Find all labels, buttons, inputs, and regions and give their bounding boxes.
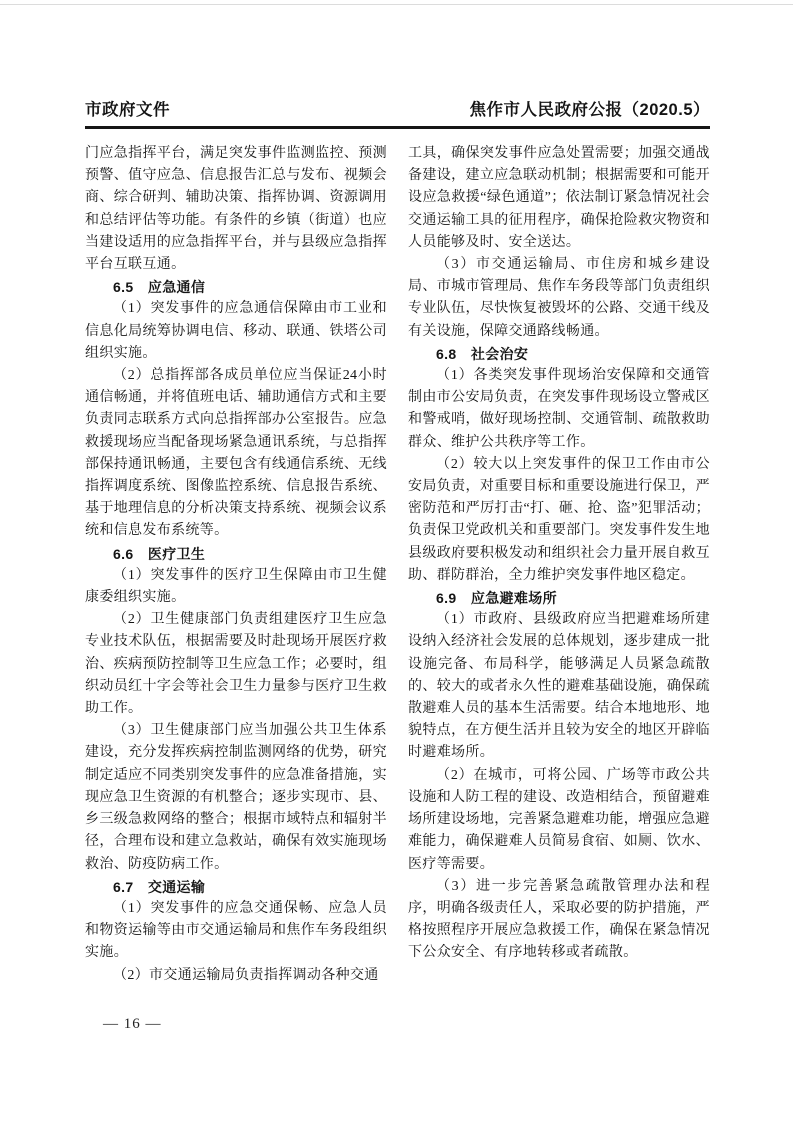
paragraph: （2）在城市，可将公园、广场等市政公共设施和人防工程的建设、改造相结合，预留避难… <box>408 765 710 876</box>
column-right: 工具，确保突发事件应急处置需要；加强交通战备建设，建立应急联动机制；根据需要和可… <box>408 143 710 987</box>
paragraph: （1）市政府、县级政府应当把避难场所建设纳入经济社会发展的总体规划，逐步建成一批… <box>408 609 710 764</box>
section-heading: 6.5 应急通信 <box>85 276 387 298</box>
page-number: — 16 — <box>103 1016 162 1033</box>
section-heading: 6.6 医疗卫生 <box>85 543 387 565</box>
section-heading: 6.8 社会治安 <box>408 343 710 365</box>
paragraph: 门应急指挥平台，满足突发事件监测监控、预测预警、值守应急、信息报告汇总与发布、视… <box>85 143 387 276</box>
section-heading: 6.9 应急避难场所 <box>408 587 710 609</box>
paragraph: （1）突发事件的应急通信保障由市工业和信息化局统筹协调电信、移动、联通、铁塔公司… <box>85 298 387 365</box>
paragraph: （2）较大以上突发事件的保卫工作由市公安局负责，对重要目标和重要设施进行保卫，严… <box>408 454 710 587</box>
header-right-title: 焦作市人民政府公报（2020.5） <box>470 96 710 120</box>
page-edge-line <box>0 4 793 5</box>
column-left: 门应急指挥平台，满足突发事件监测监控、预测预警、值守应急、信息报告汇总与发布、视… <box>85 143 387 987</box>
paragraph: （2）市交通运输局负责指挥调动各种交通 <box>85 965 387 987</box>
paragraph: （1）突发事件的应急交通保畅、应急人员和物资运输等由市交通运输局和焦作车务段组织… <box>85 898 387 965</box>
header-left-title: 市政府文件 <box>85 96 170 120</box>
paragraph: （2）卫生健康部门负责组建医疗卫生应急专业技术队伍，根据需要及时赴现场开展医疗救… <box>85 609 387 720</box>
paragraph: （3）卫生健康部门应当加强公共卫生体系建设，充分发挥疾病控制监测网络的优势，研究… <box>85 720 387 875</box>
paragraph: 工具，确保突发事件应急处置需要；加强交通战备建设，建立应急联动机制；根据需要和可… <box>408 143 710 254</box>
gazette-page: 市政府文件 焦作市人民政府公报（2020.5） 门应急指挥平台，满足突发事件监测… <box>0 0 793 1122</box>
paragraph: （3）市交通运输局、市住房和城乡建设局、市城市管理局、焦作车务段等部门负责组织专… <box>408 254 710 343</box>
section-heading: 6.7 交通运输 <box>85 876 387 898</box>
paragraph: （1）突发事件的医疗卫生保障由市卫生健康委组织实施。 <box>85 565 387 609</box>
paragraph: （2）总指挥部各成员单位应当保证24小时通信畅通，并将值班电话、辅助通信方式和主… <box>85 365 387 543</box>
paragraph: （3）进一步完善紧急疏散管理办法和程序，明确各级责任人，采取必要的防护措施，严格… <box>408 876 710 965</box>
document-body: 门应急指挥平台，满足突发事件监测监控、预测预警、值守应急、信息报告汇总与发布、视… <box>85 143 710 987</box>
paragraph: （1）各类突发事件现场治安保障和交通管制由市公安局负责，在突发事件现场设立警戒区… <box>408 365 710 454</box>
page-header: 市政府文件 焦作市人民政府公报（2020.5） <box>85 96 710 129</box>
